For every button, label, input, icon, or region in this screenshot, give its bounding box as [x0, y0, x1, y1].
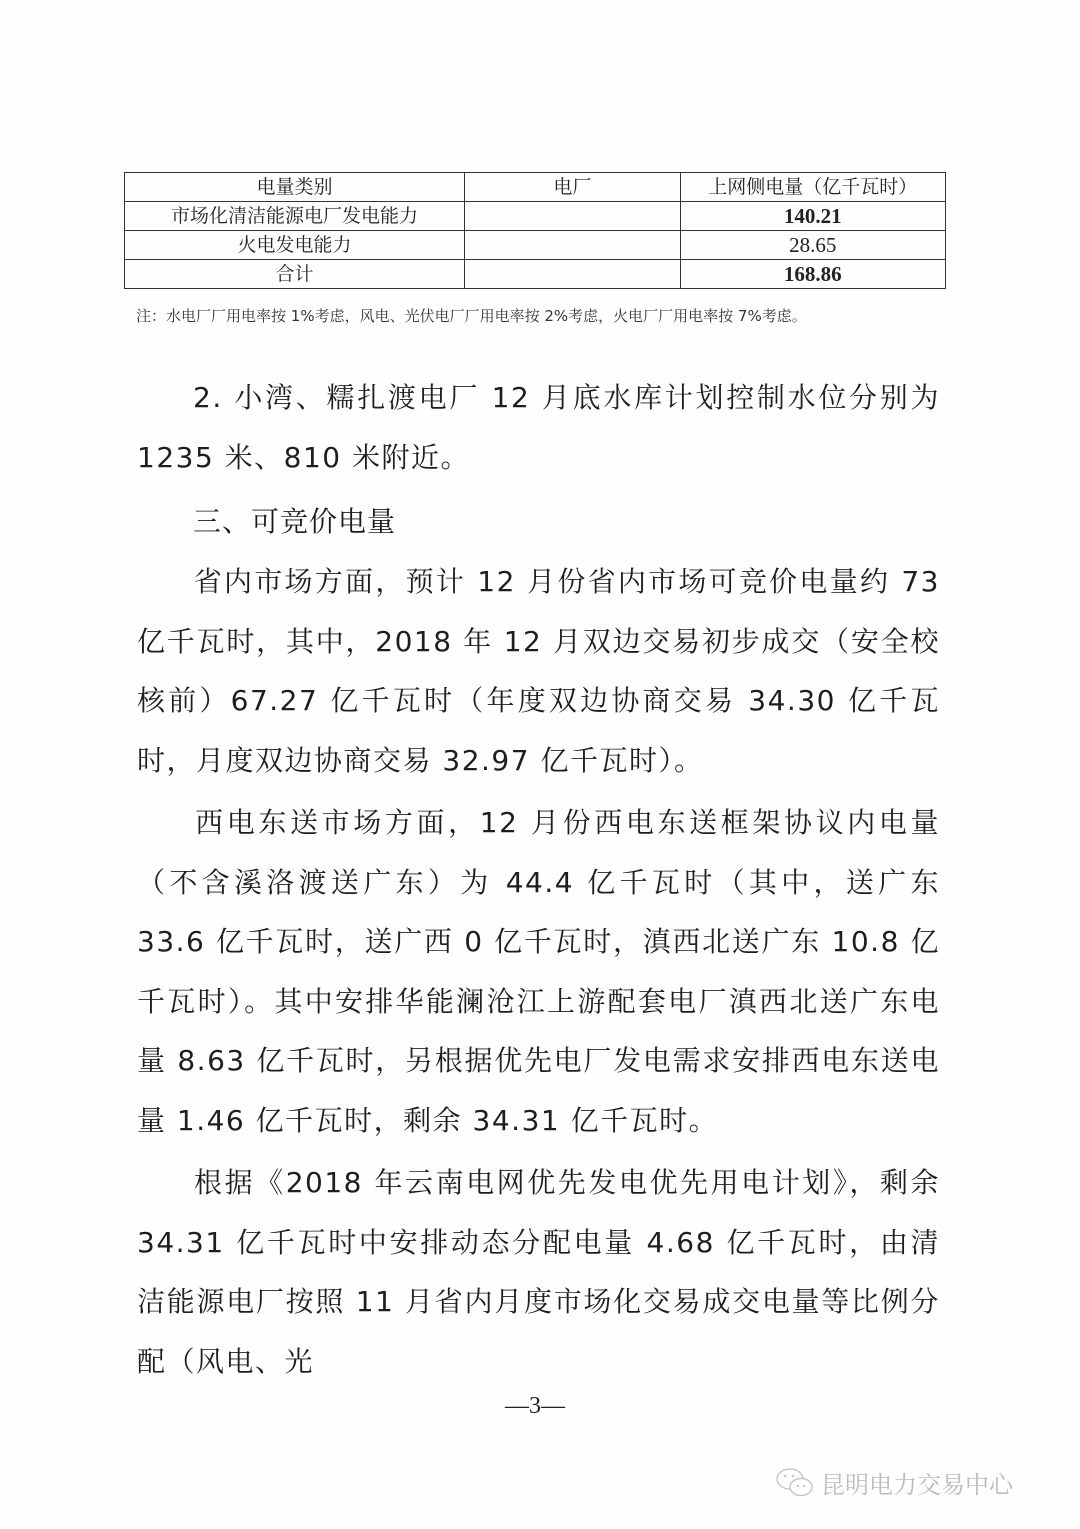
row-category: 火电发电能力 [125, 231, 465, 260]
row-plant [465, 202, 680, 231]
header-plant: 电厂 [465, 173, 680, 202]
row-value: 28.65 [680, 231, 945, 260]
watermark: 昆明电力交易中心 [775, 1465, 1013, 1500]
header-grid-energy: 上网侧电量（亿千瓦时） [680, 173, 945, 202]
paragraph-text: 西电东送市场方面，12 月份西电东送框架协议内电量（不含溪洛渡送广东）为 44.… [137, 806, 940, 1137]
paragraph-provincial-market: 省内市场方面，预计 12 月份省内市场可竞价电量约 73 亿千瓦时，其中，201… [137, 552, 940, 790]
header-category: 电量类别 [125, 173, 465, 202]
row-plant [465, 231, 680, 260]
row-category: 市场化清洁能源电厂发电能力 [125, 202, 465, 231]
row-plant [465, 260, 680, 289]
table-row: 市场化清洁能源电厂发电能力 140.21 [125, 202, 946, 231]
table-header-row: 电量类别 电厂 上网侧电量（亿千瓦时） [125, 173, 946, 202]
document-page: 电量类别 电厂 上网侧电量（亿千瓦时） 市场化清洁能源电厂发电能力 140.21… [0, 0, 1080, 1529]
section-heading: 三、可竞价电量 [193, 500, 396, 540]
row-category: 合计 [125, 260, 465, 289]
paragraph-text: 省内市场方面，预计 12 月份省内市场可竞价电量约 73 亿千瓦时，其中，201… [137, 565, 940, 777]
watermark-text: 昆明电力交易中心 [821, 1465, 1013, 1500]
table-note: 注：水电厂厂用电率按 1%考虑，风电、光伏电厂厂用电率按 2%考虑，火电厂厂用电… [136, 298, 946, 334]
paragraph-text: 根据《2018 年云南电网优先发电优先用电计划》，剩余 34.31 亿千瓦时中安… [137, 1166, 940, 1378]
row-value: 140.21 [680, 202, 945, 231]
table-row-total: 合计 168.86 [125, 260, 946, 289]
power-capacity-table: 电量类别 电厂 上网侧电量（亿千瓦时） 市场化清洁能源电厂发电能力 140.21… [124, 172, 946, 289]
paragraph-priority-plan: 根据《2018 年云南电网优先发电优先用电计划》，剩余 34.31 亿千瓦时中安… [137, 1153, 940, 1391]
paragraph-west-east: 西电东送市场方面，12 月份西电东送框架协议内电量（不含溪洛渡送广东）为 44.… [137, 793, 940, 1150]
row-value: 168.86 [680, 260, 945, 289]
wechat-icon [775, 1466, 815, 1500]
table-row: 火电发电能力 28.65 [125, 231, 946, 260]
page-number: —3— [505, 1393, 565, 1420]
paragraph-reservoir: 2. 小湾、糯扎渡电厂 12 月底水库计划控制水位分别为 1235 米、810 … [137, 368, 940, 487]
paragraph-text: 2. 小湾、糯扎渡电厂 12 月底水库计划控制水位分别为 1235 米、810 … [137, 381, 940, 474]
